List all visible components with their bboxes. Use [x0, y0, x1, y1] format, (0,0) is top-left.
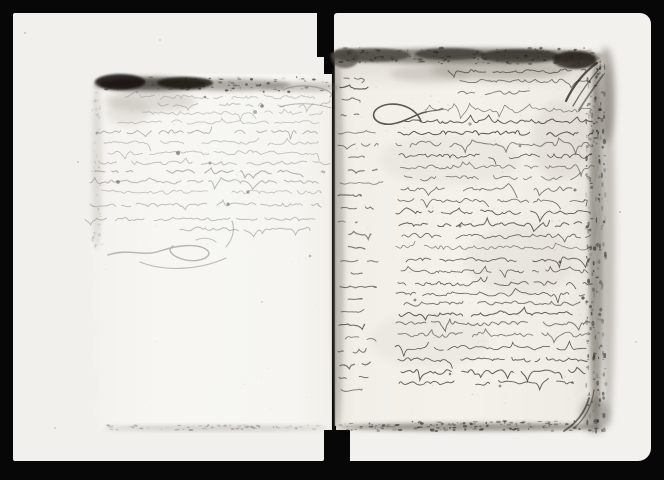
spine-gap-bottom	[324, 426, 350, 462]
spine-gutter-shadow	[333, 54, 335, 430]
right-page	[336, 50, 602, 430]
scanned-book-spread	[0, 0, 664, 480]
spine-gap-top	[317, 13, 334, 57]
left-page	[90, 74, 332, 430]
